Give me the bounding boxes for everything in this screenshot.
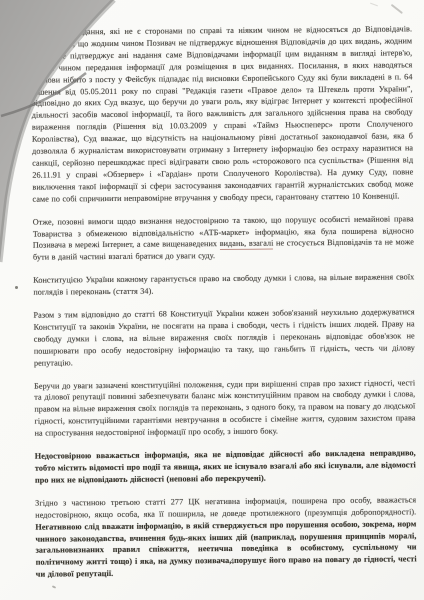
paragraph: Конституцією України кожному гарантуєтьс… — [33, 272, 414, 299]
text-segment-normal: Конституцією України кожному гарантуєтьс… — [33, 273, 414, 297]
text-segment-normal: о Інтернет видання, які не є сторонами п… — [31, 24, 413, 203]
paragraph: Отже, позовні вимоги щодо визнання недос… — [33, 213, 414, 264]
paragraph: Разом з тим відповідно до статті 68 Конс… — [33, 306, 415, 369]
text-segment-bold: Недостовірною вважається інформація, яка… — [35, 448, 416, 484]
paragraph: Беручи до уваги зазначені конституційні … — [34, 377, 416, 440]
scanned-page: о Інтернет видання, які не є сторонами п… — [0, 0, 424, 600]
text-segment-normal: Разом з тим відповідно до статті 68 Конс… — [33, 307, 414, 367]
text-segment-bold: Негативною слід вважати інформацію, в як… — [35, 519, 416, 579]
text-segment-normal: Беручи до уваги зазначені конституційні … — [34, 378, 415, 438]
scan-edge-mark — [391, 4, 403, 14]
paragraph-list: о Інтернет видання, які не є сторонами п… — [31, 23, 417, 580]
paragraph: о Інтернет видання, які не є сторонами п… — [31, 23, 414, 205]
paragraph: Недостовірною вважається інформація, яка… — [35, 447, 416, 486]
text-segment-underline: видань, взагалі — [220, 239, 274, 250]
text-segment-normal: Згідно з частиною третьою статті 277 ЦК … — [35, 495, 416, 519]
document-text: о Інтернет видання, які не є сторонами п… — [31, 23, 417, 591]
page-number: 4 — [222, 556, 242, 566]
scan-smudge — [370, 3, 378, 7]
scan-speckle-left — [15, 286, 18, 289]
paragraph: Згідно з частиною третьою статті 277 ЦК … — [35, 494, 417, 581]
